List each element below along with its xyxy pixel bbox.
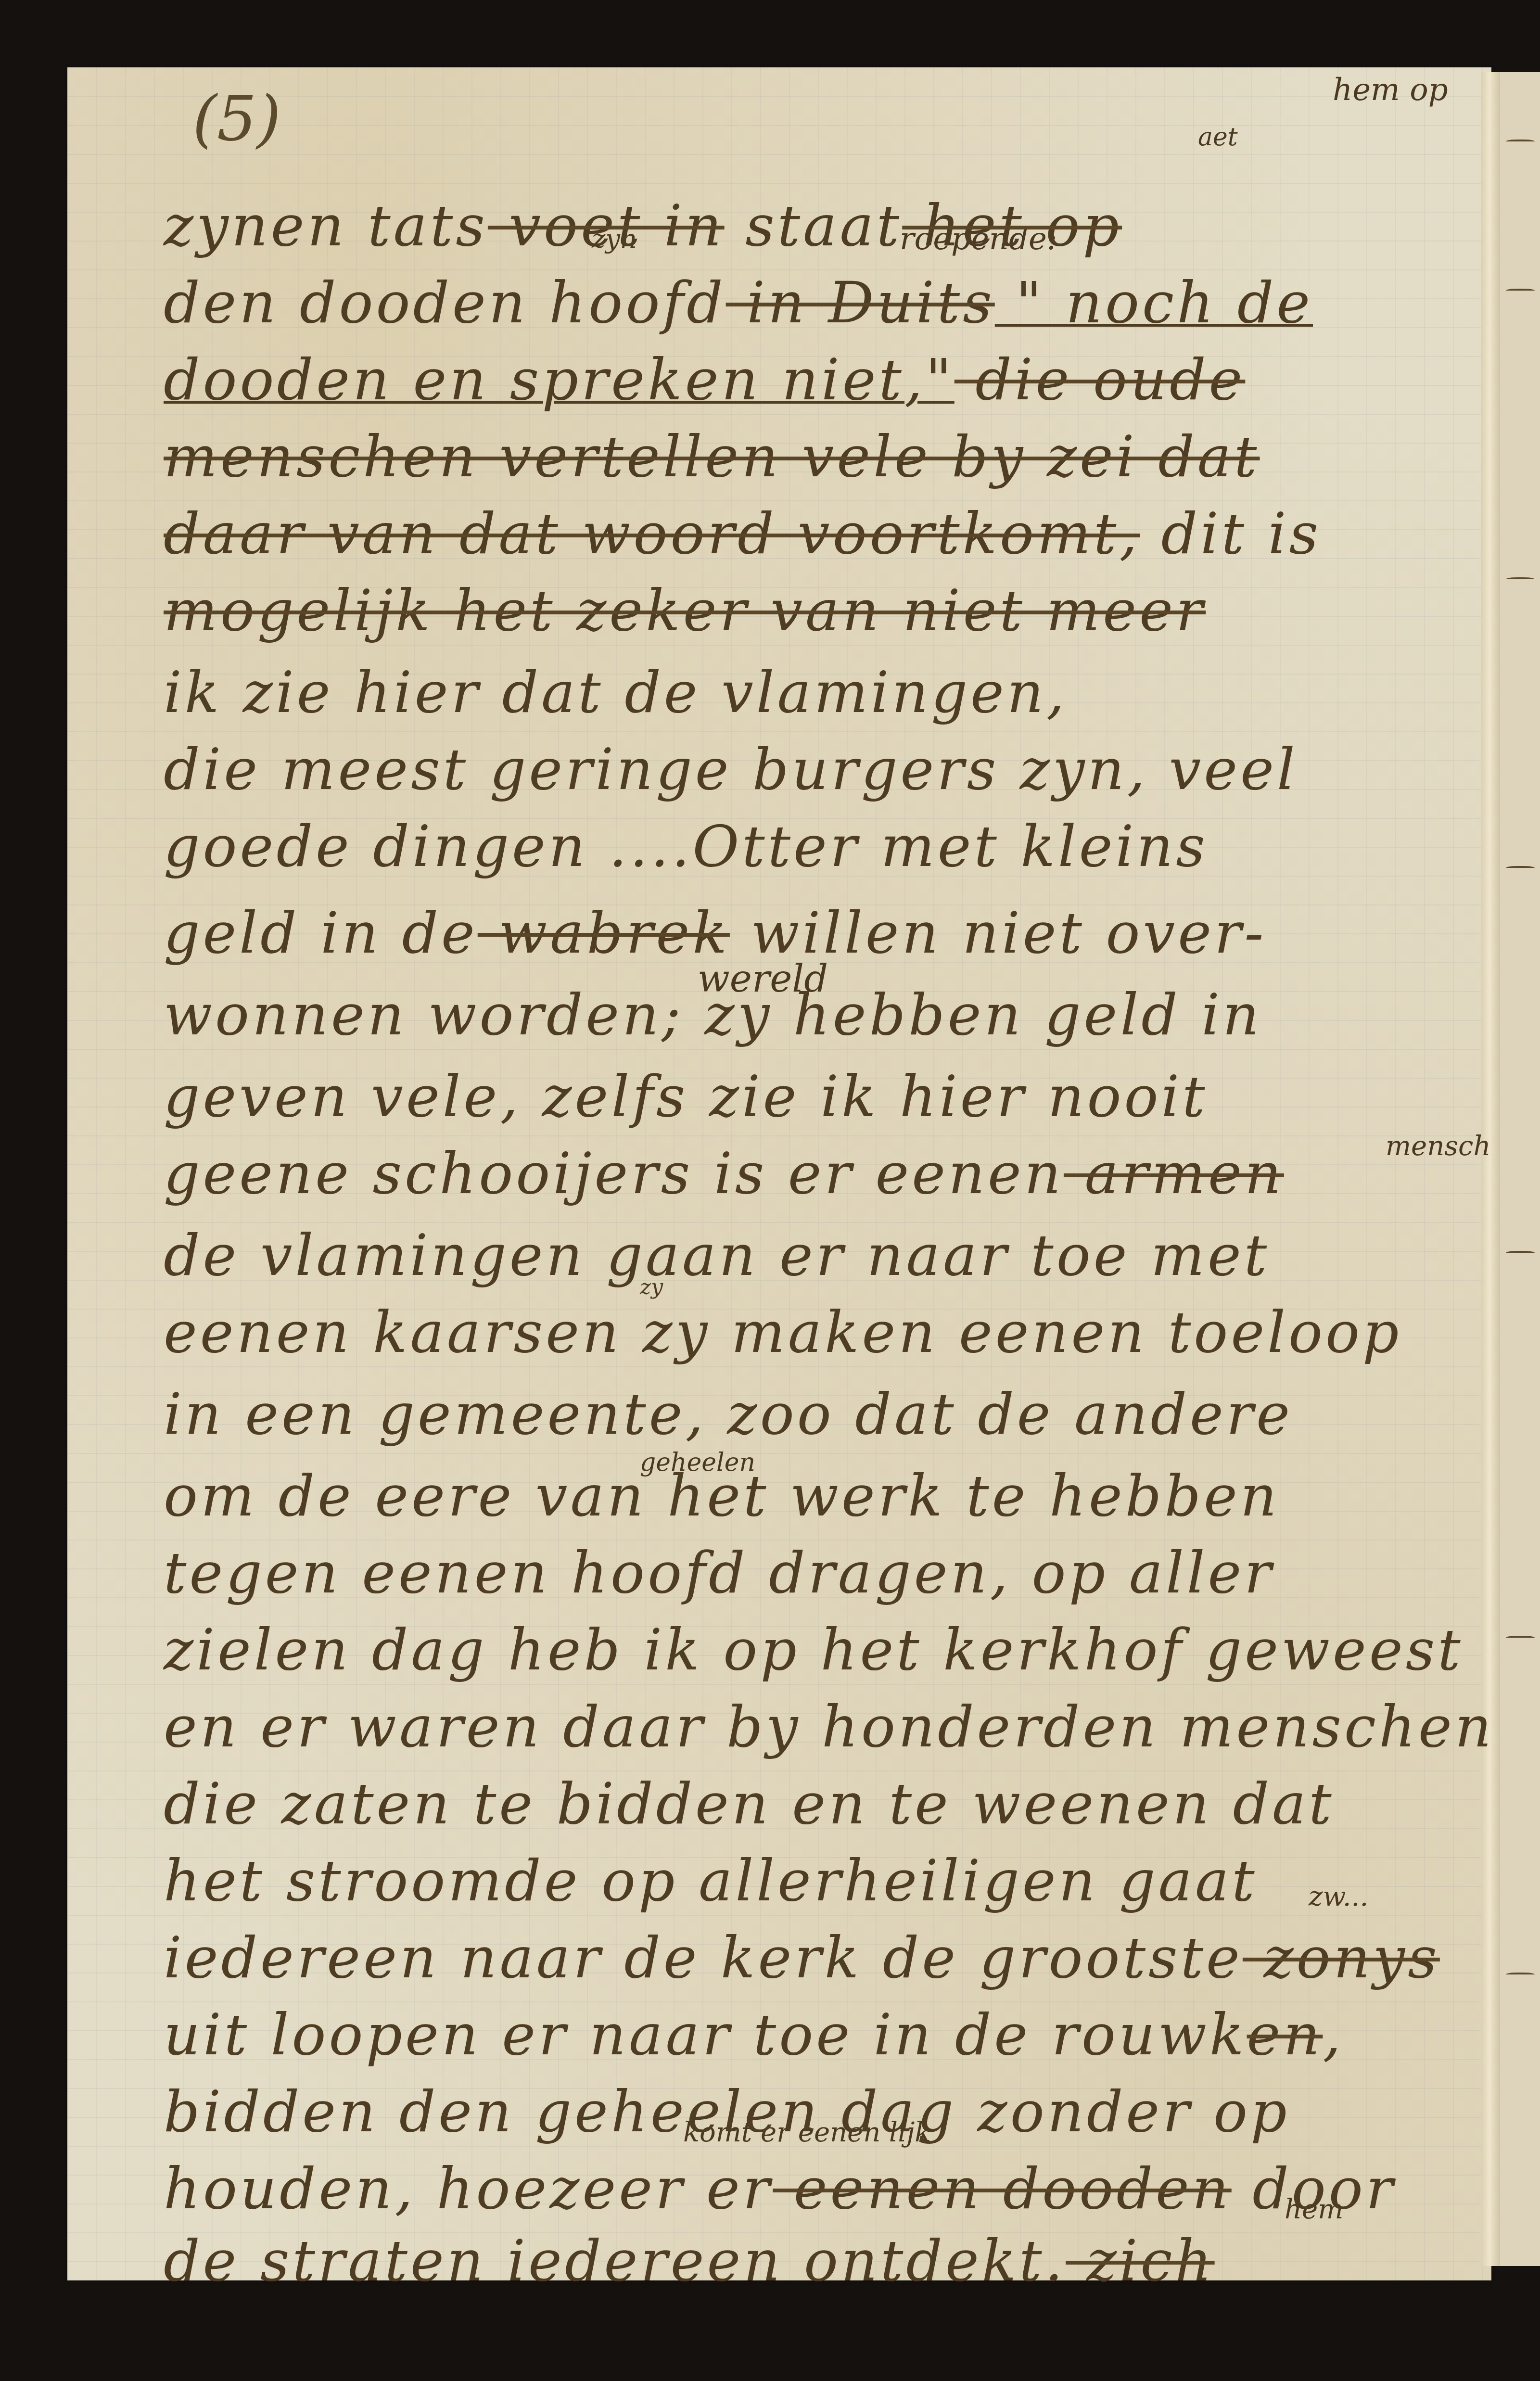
manuscript-line: dooden en spreken niet," die oude [164,346,1472,413]
adjacent-page-ink [1506,1973,1535,1977]
manuscript-line: tegen eenen hoofd dragen, op aller [164,1540,1472,1606]
manuscript-line: die zaten te bidden en te weenen dat [164,1770,1472,1837]
manuscript-line: menschen vertellen vele by zei dat [164,423,1472,490]
manuscript-line: om de eere van het werk te hebben [164,1463,1472,1529]
adjacent-page-edge [1500,72,1540,2266]
adjacent-page-ink [1506,577,1535,582]
adjacent-page-ink [1506,866,1535,871]
manuscript-line: mogelijk het zeker van niet meer [164,577,1472,644]
page-number: (5) [192,82,281,155]
manuscript-line: zielen dag heb ik op het kerkhof geweest [164,1617,1472,1683]
manuscript-line: ik zie hier dat de vlamingen, [164,659,1472,726]
manuscript-line: uit loopen er naar toe in de rouwken, [164,2001,1472,2068]
manuscript-line: iedereen naar de kerk de grootste zonys [164,1924,1472,1991]
manuscript-line: geene schooijers is er eenen armen [164,1140,1472,1207]
adjacent-page-ink [1506,1636,1535,1641]
manuscript-line: de straten iedereen ontdekt. zich [164,2228,1472,2294]
manuscript-line: in een gemeente, zoo dat de andere [164,1381,1472,1447]
manuscript-line: houden, hoezeer er eenen dooden door [164,2155,1472,2222]
manuscript-line: goede dingen ....Otter met kleins [164,813,1472,879]
manuscript-line: de vlamingen gaan er naar toe met [164,1222,1472,1288]
manuscript-line: geld in de wabrek willen niet over- [164,900,1472,966]
manuscript-line: het stroomde op allerheiligen gaat [164,1847,1472,1914]
manuscript-line: daar van dat woord voortkomt, dit is [164,500,1472,567]
manuscript-line: en er waren daar by honderden menschen [164,1693,1472,1760]
adjacent-page-ink [1506,140,1535,144]
insertion: hem op [1333,72,1448,108]
manuscript-line: zynen tats voet in staat het op [164,192,1472,259]
manuscript-line: bidden den geheelen dag zonder op [164,2078,1472,2145]
insertion: aet [1198,123,1238,152]
manuscript-line: eenen kaarsen zy maken eenen toeloop [164,1299,1472,1365]
manuscript-line: wonnen worden; zy hebben geld in [164,981,1472,1048]
page-fold-gutter [1481,72,1500,2266]
manuscript-line: den dooden hoofd in Duits " noch de [164,269,1472,336]
manuscript-line: die meest geringe burgers zyn, veel [164,736,1472,802]
adjacent-page-ink [1506,1251,1535,1256]
adjacent-page-ink [1506,289,1535,293]
manuscript-line: geven vele, zelfs zie ik hier nooit [164,1063,1472,1130]
